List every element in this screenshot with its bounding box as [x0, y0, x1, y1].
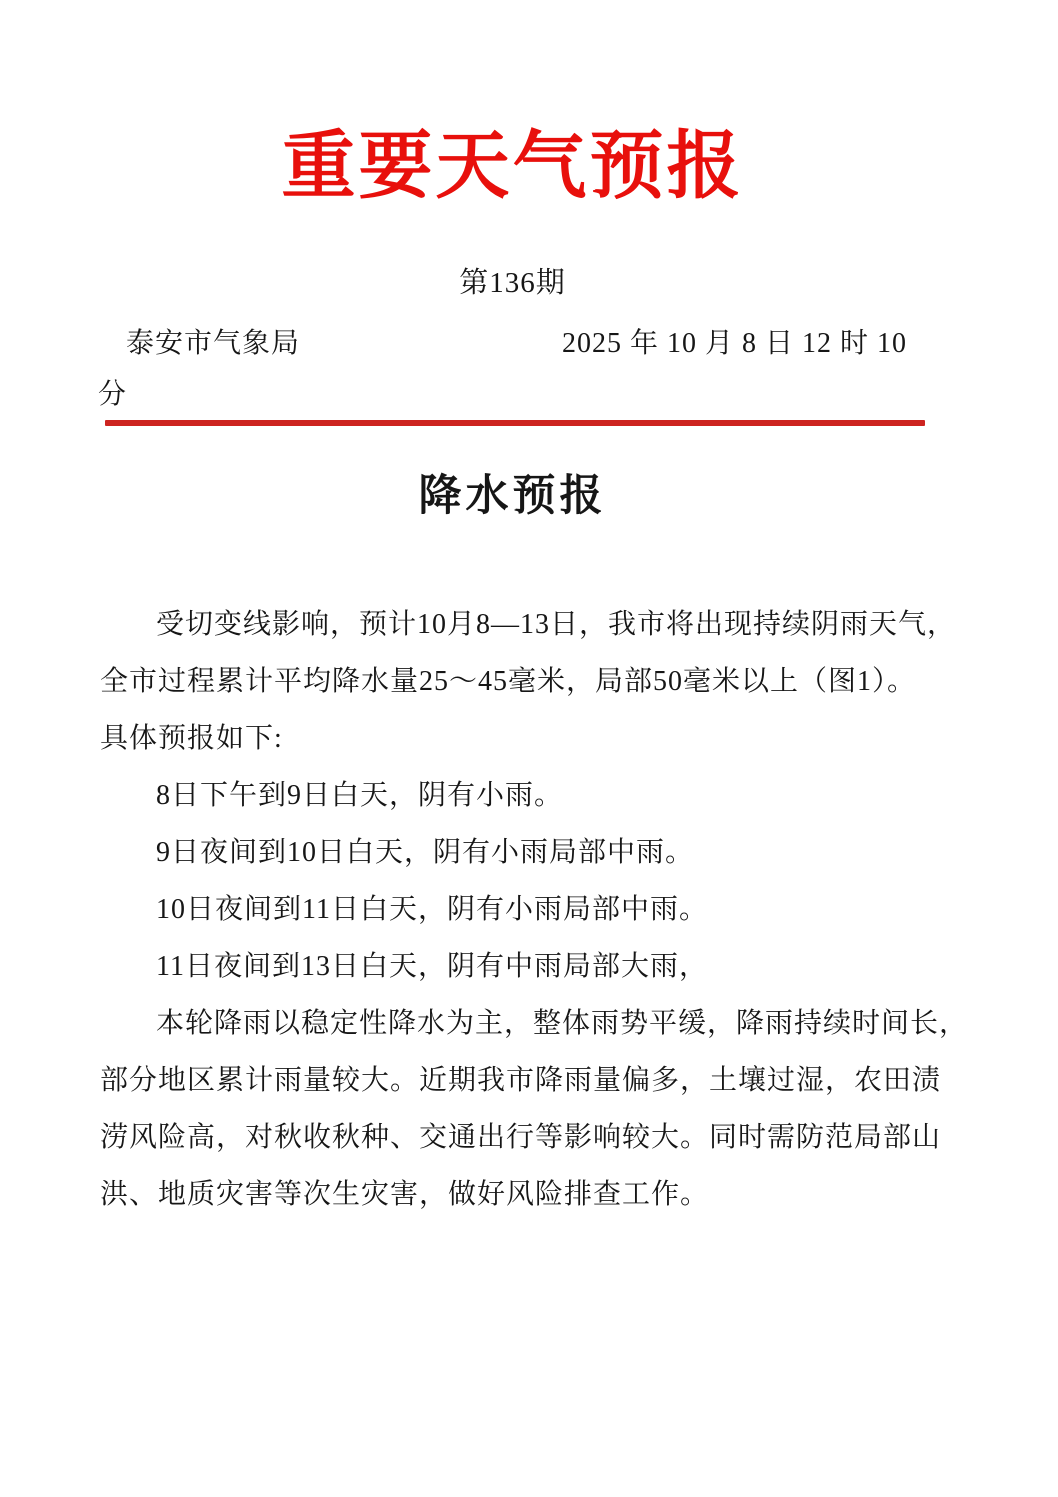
body-line: 8日下午到9日白天，阴有小雨。 [100, 767, 925, 824]
issue-datetime-overflow: 分 [98, 378, 925, 412]
body-line: 涝风险高，对秋收秋种、交通出行等影响较大。同时需防范局部山 [100, 1109, 925, 1166]
red-divider-rule [105, 420, 925, 426]
issue-number: 第136期 [100, 264, 925, 302]
issuer-row: 泰安市气象局 2025 年 10 月 8 日 12 时 10 [100, 326, 925, 362]
body-line: 11日夜间到13日白天，阴有中雨局部大雨， [100, 938, 925, 995]
issue-datetime: 2025 年 10 月 8 日 12 时 10 [562, 326, 907, 362]
document-page: 重要天气预报 第136期 泰安市气象局 2025 年 10 月 8 日 12 时… [0, 0, 1058, 1497]
body-line: 具体预报如下: [100, 710, 925, 767]
document-title: 重要天气预报 [100, 116, 925, 218]
forecast-body: 受切变线影响，预计10月8—13日，我市将出现持续阴雨天气， 全市过程累计平均降… [100, 596, 925, 1223]
body-line: 9日夜间到10日白天，阴有小雨局部中雨。 [100, 824, 925, 881]
body-line: 受切变线影响，预计10月8—13日，我市将出现持续阴雨天气， [100, 596, 925, 653]
body-line: 全市过程累计平均降水量25～45毫米，局部50毫米以上（图1）。 [100, 653, 925, 710]
body-line: 洪、地质灾害等次生灾害，做好风险排查工作。 [100, 1166, 925, 1223]
body-line: 部分地区累计雨量较大。近期我市降雨量偏多，土壤过湿，农田渍 [100, 1052, 925, 1109]
document-content: 重要天气预报 第136期 泰安市气象局 2025 年 10 月 8 日 12 时… [100, 116, 925, 1223]
section-title: 降水预报 [100, 472, 925, 522]
agency-name: 泰安市气象局 [126, 326, 300, 362]
body-line: 本轮降雨以稳定性降水为主，整体雨势平缓，降雨持续时间长， [100, 995, 925, 1052]
body-line: 10日夜间到11日白天，阴有小雨局部中雨。 [100, 881, 925, 938]
